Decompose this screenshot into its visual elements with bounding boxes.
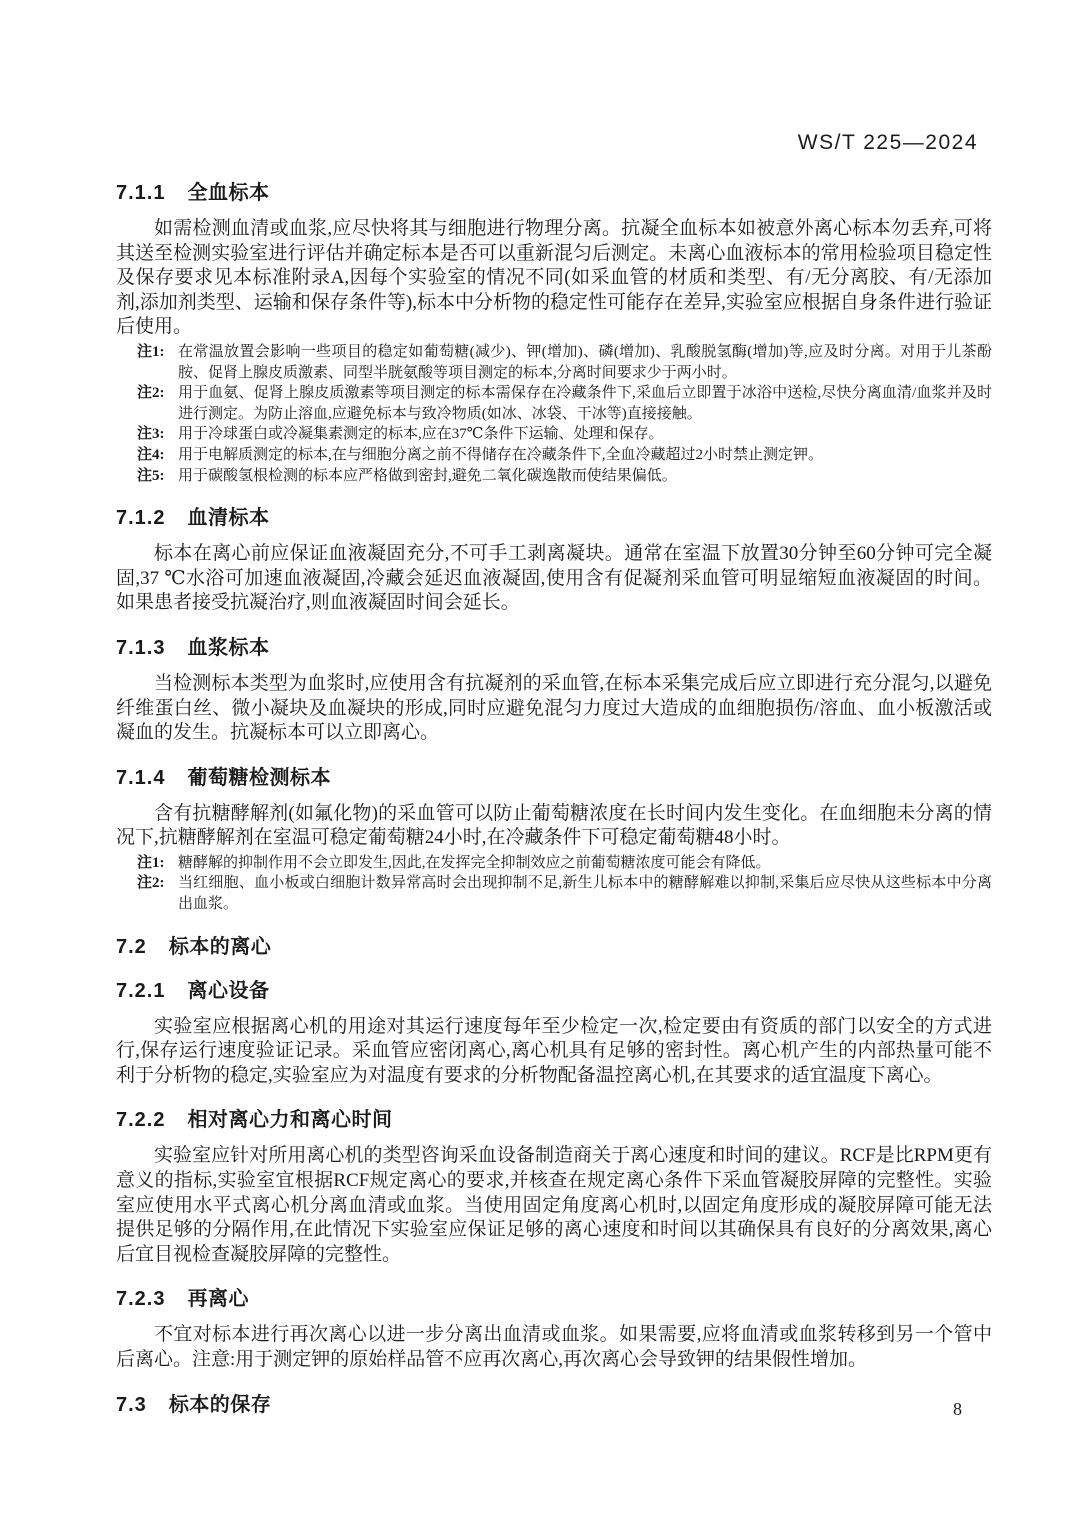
- heading-title: 再离心: [187, 1288, 249, 1310]
- paragraph: 当检测标本类型为血浆时,应使用含有抗凝剂的采血管,在标本采集完成后应立即进行充分…: [116, 672, 992, 746]
- note-item: 注1:糖酵解的抑制作用不会立即发生,因此,在发挥完全抑制效应之前葡萄糖浓度可能会…: [137, 853, 992, 874]
- heading-title: 离心设备: [187, 980, 269, 1002]
- heading-title: 标本的离心: [169, 936, 272, 958]
- paragraph: 如需检测血清或血浆,应尽快将其与细胞进行物理分离。抗凝全血标本如被意外离心标本勿…: [116, 217, 992, 340]
- heading-title: 全血标本: [187, 182, 269, 204]
- heading-number: 7.2.1: [116, 980, 165, 1002]
- section-heading: 7.1.2血清标本: [116, 501, 992, 530]
- section-heading: 7.3标本的保存: [116, 1388, 992, 1417]
- note-text: 用于血氨、促肾上腺皮质激素等项目测定的标本需保存在冷藏条件下,采血后立即置于冰浴…: [178, 385, 992, 422]
- section-heading: 7.2.3再离心: [116, 1282, 992, 1311]
- note-item: 注2:用于血氨、促肾上腺皮质激素等项目测定的标本需保存在冷藏条件下,采血后立即置…: [137, 383, 992, 424]
- note-label: 注1:: [137, 853, 165, 874]
- note-text: 用于电解质测定的标本,在与细胞分离之前不得储存在冷藏条件下,全血冷藏超过2小时禁…: [178, 447, 823, 463]
- heading-number: 7.1.3: [116, 637, 165, 659]
- document-page: WS/T 225—2024 7.1.1全血标本如需检测血清或血浆,应尽快将其与细…: [0, 0, 1080, 1528]
- document-content: 7.1.1全血标本如需检测血清或血浆,应尽快将其与细胞进行物理分离。抗凝全血标本…: [116, 176, 992, 1429]
- section-heading: 7.1.1全血标本: [116, 176, 992, 205]
- paragraph: 实验室应根据离心机的用途对其运行速度每年至少检定一次,检定要由有资质的部门以安全…: [116, 1015, 992, 1089]
- heading-number: 7.2.2: [116, 1109, 165, 1131]
- note-text: 糖酵解的抑制作用不会立即发生,因此,在发挥完全抑制效应之前葡萄糖浓度可能会有降低…: [178, 855, 771, 871]
- heading-title: 标本的保存: [169, 1394, 272, 1416]
- paragraph: 实验室应针对所用离心机的类型咨询采血设备制造商关于离心速度和时间的建议。RCF是…: [116, 1144, 992, 1267]
- heading-title: 葡萄糖检测标本: [187, 767, 331, 789]
- section-heading: 7.2.2相对离心力和离心时间: [116, 1103, 992, 1132]
- heading-number: 7.2.3: [116, 1288, 165, 1310]
- note-label: 注2:: [137, 383, 165, 404]
- note-text: 在常温放置会影响一些项目的稳定如葡萄糖(减少)、钾(增加)、磷(增加)、乳酸脱氢…: [178, 344, 992, 381]
- paragraph: 标本在离心前应保证血液凝固充分,不可手工剥离凝块。通常在室温下放置30分钟至60…: [116, 542, 992, 616]
- heading-number: 7.1.1: [116, 182, 165, 204]
- note-label: 注2:: [137, 873, 165, 894]
- section-heading: 7.1.4葡萄糖检测标本: [116, 761, 992, 790]
- paragraph: 不宜对标本进行再次离心以进一步分离出血清或血浆。如果需要,应将血清或血浆转移到另…: [116, 1323, 992, 1372]
- heading-number: 7.2: [116, 936, 147, 958]
- paragraph: 含有抗糖酵解剂(如氟化物)的采血管可以防止葡萄糖浓度在长时间内发生变化。在血细胞…: [116, 802, 992, 851]
- note-text: 当红细胞、血小板或白细胞计数异常高时会出现抑制不足,新生儿标本中的糖酵解难以抑制…: [178, 875, 992, 912]
- heading-title: 血浆标本: [187, 637, 269, 659]
- heading-number: 7.1.2: [116, 507, 165, 529]
- page-number: 8: [953, 1399, 962, 1420]
- note-label: 注4:: [137, 445, 165, 466]
- note-item: 注3:用于冷球蛋白或冷凝集素测定的标本,应在37℃条件下运输、处理和保存。: [137, 424, 992, 445]
- note-label: 注1:: [137, 342, 165, 363]
- standard-code-header: WS/T 225—2024: [798, 131, 978, 155]
- note-label: 注3:: [137, 424, 165, 445]
- note-item: 注2:当红细胞、血小板或白细胞计数异常高时会出现抑制不足,新生儿标本中的糖酵解难…: [137, 873, 992, 914]
- note-text: 用于冷球蛋白或冷凝集素测定的标本,应在37℃条件下运输、处理和保存。: [178, 426, 664, 442]
- section-heading: 7.1.3血浆标本: [116, 631, 992, 660]
- note-item: 注5:用于碳酸氢根检测的标本应严格做到密封,避免二氧化碳逸散而使结果偏低。: [137, 466, 992, 487]
- heading-title: 相对离心力和离心时间: [187, 1109, 392, 1131]
- note-item: 注4:用于电解质测定的标本,在与细胞分离之前不得储存在冷藏条件下,全血冷藏超过2…: [137, 445, 992, 466]
- note-item: 注1:在常温放置会影响一些项目的稳定如葡萄糖(减少)、钾(增加)、磷(增加)、乳…: [137, 342, 992, 383]
- section-heading: 7.2.1离心设备: [116, 974, 992, 1003]
- note-text: 用于碳酸氢根检测的标本应严格做到密封,避免二氧化碳逸散而使结果偏低。: [178, 468, 677, 484]
- heading-number: 7.1.4: [116, 767, 165, 789]
- heading-number: 7.3: [116, 1394, 147, 1416]
- heading-title: 血清标本: [187, 507, 269, 529]
- note-label: 注5:: [137, 466, 165, 487]
- section-heading: 7.2标本的离心: [116, 930, 992, 959]
